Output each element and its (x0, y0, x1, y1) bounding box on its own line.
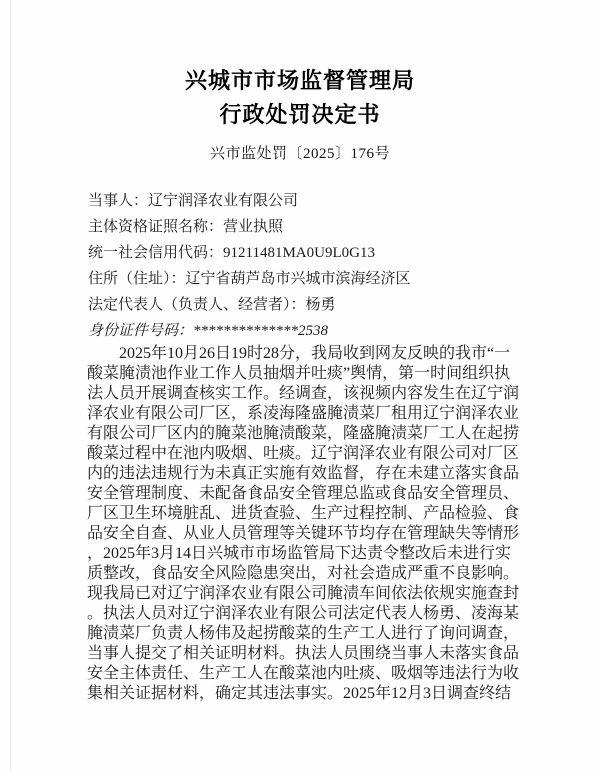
body-line-18: 集相关证据材料，确定其违法事实。2025年12月3日调查终结 (87, 684, 527, 704)
doc-type-title: 行政处罚决定书 (0, 100, 600, 130)
field-label: 法定代表人（负责人、经营者）： (88, 297, 306, 313)
field-value: 辽宁省葫芦岛市兴城市滨海经济区 (186, 271, 411, 287)
body-line-5: 有限公司厂区内的腌菜池腌渍酸菜，隆盛腌渍菜厂工人在起捞 (87, 424, 527, 444)
case-body-text: 2025年10月26日19时28分，我局收到网友反映的我市“一酸菜腌渍池作业工作… (87, 344, 527, 704)
doc-number: 兴市监处罚〔2025〕176号 (0, 144, 600, 164)
page-edge-line (10, 0, 11, 771)
field-label: 当事人： (88, 193, 148, 209)
body-line-8: 安全管理制度、未配备食品安全管理总监或食品安全管理员、 (87, 484, 527, 504)
field-value: 91211481MA0U9L0G13 (223, 245, 375, 261)
field-row-5: 法定代表人（负责人、经营者）：杨勇 (88, 292, 600, 318)
field-row-1: 当事人：辽宁润泽农业有限公司 (88, 188, 600, 214)
field-label: 身份证件号码： (88, 323, 193, 339)
field-label: 统一社会信用代码： (88, 245, 223, 261)
penalty-decision-document: 兴城市市场监督管理局 行政处罚决定书 兴市监处罚〔2025〕176号 当事人：辽… (0, 0, 600, 771)
body-line-1: 2025年10月26日19时28分，我局收到网友反映的我市“一 (87, 344, 527, 364)
field-value: **************2538 (193, 323, 328, 339)
party-info-fields: 当事人：辽宁润泽农业有限公司主体资格证照名称：营业执照统一社会信用代码：9121… (88, 188, 600, 344)
field-row-4: 住所（住址）：辽宁省葫芦岛市兴城市滨海经济区 (88, 266, 600, 292)
body-line-6: 酸菜过程中在池内吸烟、吐痰。辽宁润泽农业有限公司对厂区 (87, 444, 527, 464)
body-line-16: 当事人提交了相关证明材料。执法人员围绕当事人未落实食品 (87, 644, 527, 664)
field-value: 营业执照 (223, 219, 283, 235)
field-label: 住所（住址）： (88, 271, 186, 287)
body-line-7: 内的违法违规行为未真正实施有效监督，存在未建立落实食品 (87, 464, 527, 484)
field-value: 辽宁润泽农业有限公司 (148, 193, 298, 209)
body-line-2: 酸菜腌渍池作业工作人员抽烟并吐痰”舆情，第一时间组织执 (87, 364, 527, 384)
agency-title: 兴城市市场监督管理局 (0, 66, 600, 96)
body-line-17: 安全主体责任、生产工人在酸菜池内吐痰、吸烟等违法行为收 (87, 664, 527, 684)
body-line-9: 厂区卫生环境脏乱、进货查验、生产过程控制、产品检验、食 (87, 504, 527, 524)
body-line-14: 。执法人员对辽宁润泽农业有限公司法定代表人杨勇、凌海某 (87, 604, 527, 624)
field-value: 杨勇 (306, 297, 336, 313)
body-line-15: 腌渍菜厂负责人杨伟及起捞酸菜的生产工人进行了询问调查， (87, 624, 527, 644)
field-row-2: 主体资格证照名称：营业执照 (88, 214, 600, 240)
body-line-4: 泽农业有限公司厂区，系凌海隆盛腌渍菜厂租用辽宁润泽农业 (87, 404, 527, 424)
body-line-11: ，2025年3月14日兴城市市场监管局下达责令整改后未进行实 (87, 544, 527, 564)
field-row-3: 统一社会信用代码：91211481MA0U9L0G13 (88, 240, 600, 266)
body-line-3: 法人员开展调查核实工作。经调查，该视频内容发生在辽宁润 (87, 384, 527, 404)
field-row-6: 身份证件号码：**************2538 (88, 318, 600, 344)
body-line-10: 品安全自查、从业人员管理等关键环节均存在管理缺失等情形 (87, 524, 527, 544)
body-line-13: 现我局已对辽宁润泽农业有限公司腌渍车间依法依规实施查封 (87, 584, 527, 604)
field-label: 主体资格证照名称： (88, 219, 223, 235)
body-line-12: 质整改，食品安全风险隐患突出，对社会造成严重不良影响。 (87, 564, 527, 584)
